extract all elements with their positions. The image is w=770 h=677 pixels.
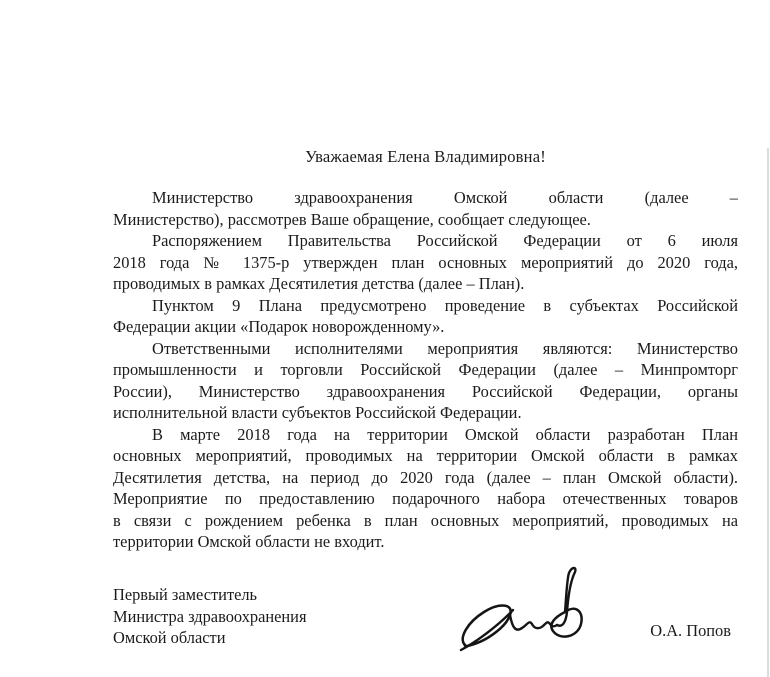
text-line: основных мероприятий, проводимых на терр…	[113, 445, 738, 467]
letter-body: Министерство здравоохранения Омской обла…	[113, 187, 738, 553]
text-line: Федерации акции «Подарок новорожденному»…	[113, 316, 738, 338]
signer-title-line: Первый заместитель	[113, 584, 307, 606]
text-line: исполнительной власти субъектов Российск…	[113, 402, 738, 424]
signer-title: Первый заместитель Министра здравоохране…	[113, 584, 307, 649]
text-line: промышленности и торговли Российской Фед…	[113, 359, 738, 381]
paragraph: Пунктом 9 Плана предусмотрено проведение…	[113, 295, 738, 338]
paragraph: В марте 2018 года на территории Омской о…	[113, 424, 738, 553]
signature-icon	[452, 560, 584, 662]
text-line: Распоряжением Правительства Российской Ф…	[113, 230, 738, 252]
page-edge-shadow	[767, 148, 769, 677]
paragraph: Министерство здравоохранения Омской обла…	[113, 187, 738, 230]
signer-name: О.А. Попов	[600, 620, 731, 642]
text-line: Ответственными исполнителями мероприятия…	[113, 338, 738, 360]
text-line: Пунктом 9 Плана предусмотрено проведение…	[113, 295, 738, 317]
paragraph: Ответственными исполнителями мероприятия…	[113, 338, 738, 424]
text-line: в связи с рождением ребенка в план основ…	[113, 510, 738, 532]
text-line: Министерство здравоохранения Омской обла…	[113, 187, 738, 209]
text-line: Министерство), рассмотрев Ваше обращение…	[113, 209, 738, 231]
text-line: 2018 года № 1375-р утвержден план основн…	[113, 252, 738, 274]
scanned-letter-page: Уважаемая Елена Владимировна! Министерст…	[0, 0, 770, 677]
salutation: Уважаемая Елена Владимировна!	[113, 146, 738, 168]
signer-title-line: Омской области	[113, 627, 307, 649]
handwritten-signature	[452, 560, 584, 662]
text-line: В марте 2018 года на территории Омской о…	[113, 424, 738, 446]
signer-title-line: Министра здравоохранения	[113, 606, 307, 628]
text-line: территории Омской области не входит.	[113, 531, 738, 553]
text-line: Десятилетия детства, на период до 2020 г…	[113, 467, 738, 489]
paragraph: Распоряжением Правительства Российской Ф…	[113, 230, 738, 295]
text-line: России), Министерство здравоохранения Ро…	[113, 381, 738, 403]
text-line: проводимых в рамках Десятилетия детства …	[113, 273, 738, 295]
text-line: Мероприятие по предоставлению подарочног…	[113, 488, 738, 510]
